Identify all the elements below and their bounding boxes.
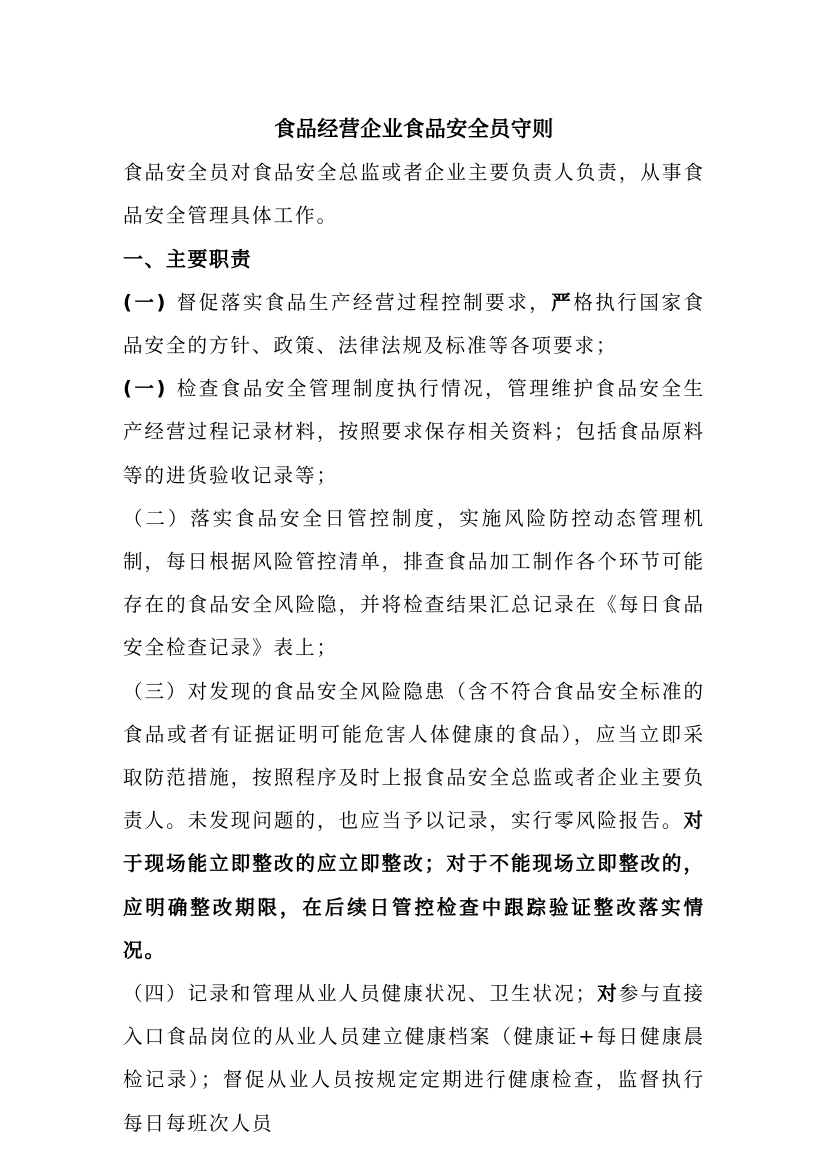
text-run: 检查食品安全管理制度执行情况，管理维护食品安全生产经营过程记录材料，按照要求保存… <box>123 377 705 486</box>
duty-paragraph-1: (一) 督促落实食品生产经营过程控制要求，严格执行国家食品安全的方针、政策、法律… <box>123 281 705 367</box>
text-run: （三）对发现的食品安全风险隐患（含不符合食品安全标准的食品或者有证据证明可能危害… <box>123 680 705 833</box>
bold-text-run: (一) <box>123 291 177 314</box>
text-run: （二）落实食品安全日管控制度，实施风险防控动态管理机制，每日根据风险管控清单，排… <box>123 507 705 660</box>
bold-text-run: (一) <box>123 377 177 400</box>
text-run: 督促落实食品生产经营过程控制要求， <box>177 291 552 314</box>
text-run: （四）记录和管理从业人员健康状况、卫生状况； <box>123 982 597 1005</box>
document-title: 食品经营企业食品安全员守则 <box>123 108 705 151</box>
document-page: 食品经营企业食品安全员守则 食品安全员对食品安全总监或者企业主要负责人负责，从事… <box>0 0 826 1169</box>
bold-text-run: 严 <box>551 291 573 314</box>
intro-paragraph: 食品安全员对食品安全总监或者企业主要负责人负责，从事食品安全管理具体工作。 <box>123 151 705 237</box>
duty-paragraph-2: (一) 检查食品安全管理制度执行情况，管理维护食品安全生产经营过程记录材料，按照… <box>123 367 705 497</box>
duty-paragraph-3: （二）落实食品安全日管控制度，实施风险防控动态管理机制，每日根据风险管控清单，排… <box>123 497 705 670</box>
duty-paragraph-5: （四）记录和管理从业人员健康状况、卫生状况；对参与直接入口食品岗位的从业人员建立… <box>123 972 705 1145</box>
duty-paragraph-4: （三）对发现的食品安全风险隐患（含不符合食品安全标准的食品或者有证据证明可能危害… <box>123 670 705 972</box>
bold-text-run: 对 <box>597 982 619 1005</box>
section-heading: 一、主要职责 <box>123 238 705 281</box>
duty-list: (一) 督促落实食品生产经营过程控制要求，严格执行国家食品安全的方针、政策、法律… <box>123 281 705 1145</box>
